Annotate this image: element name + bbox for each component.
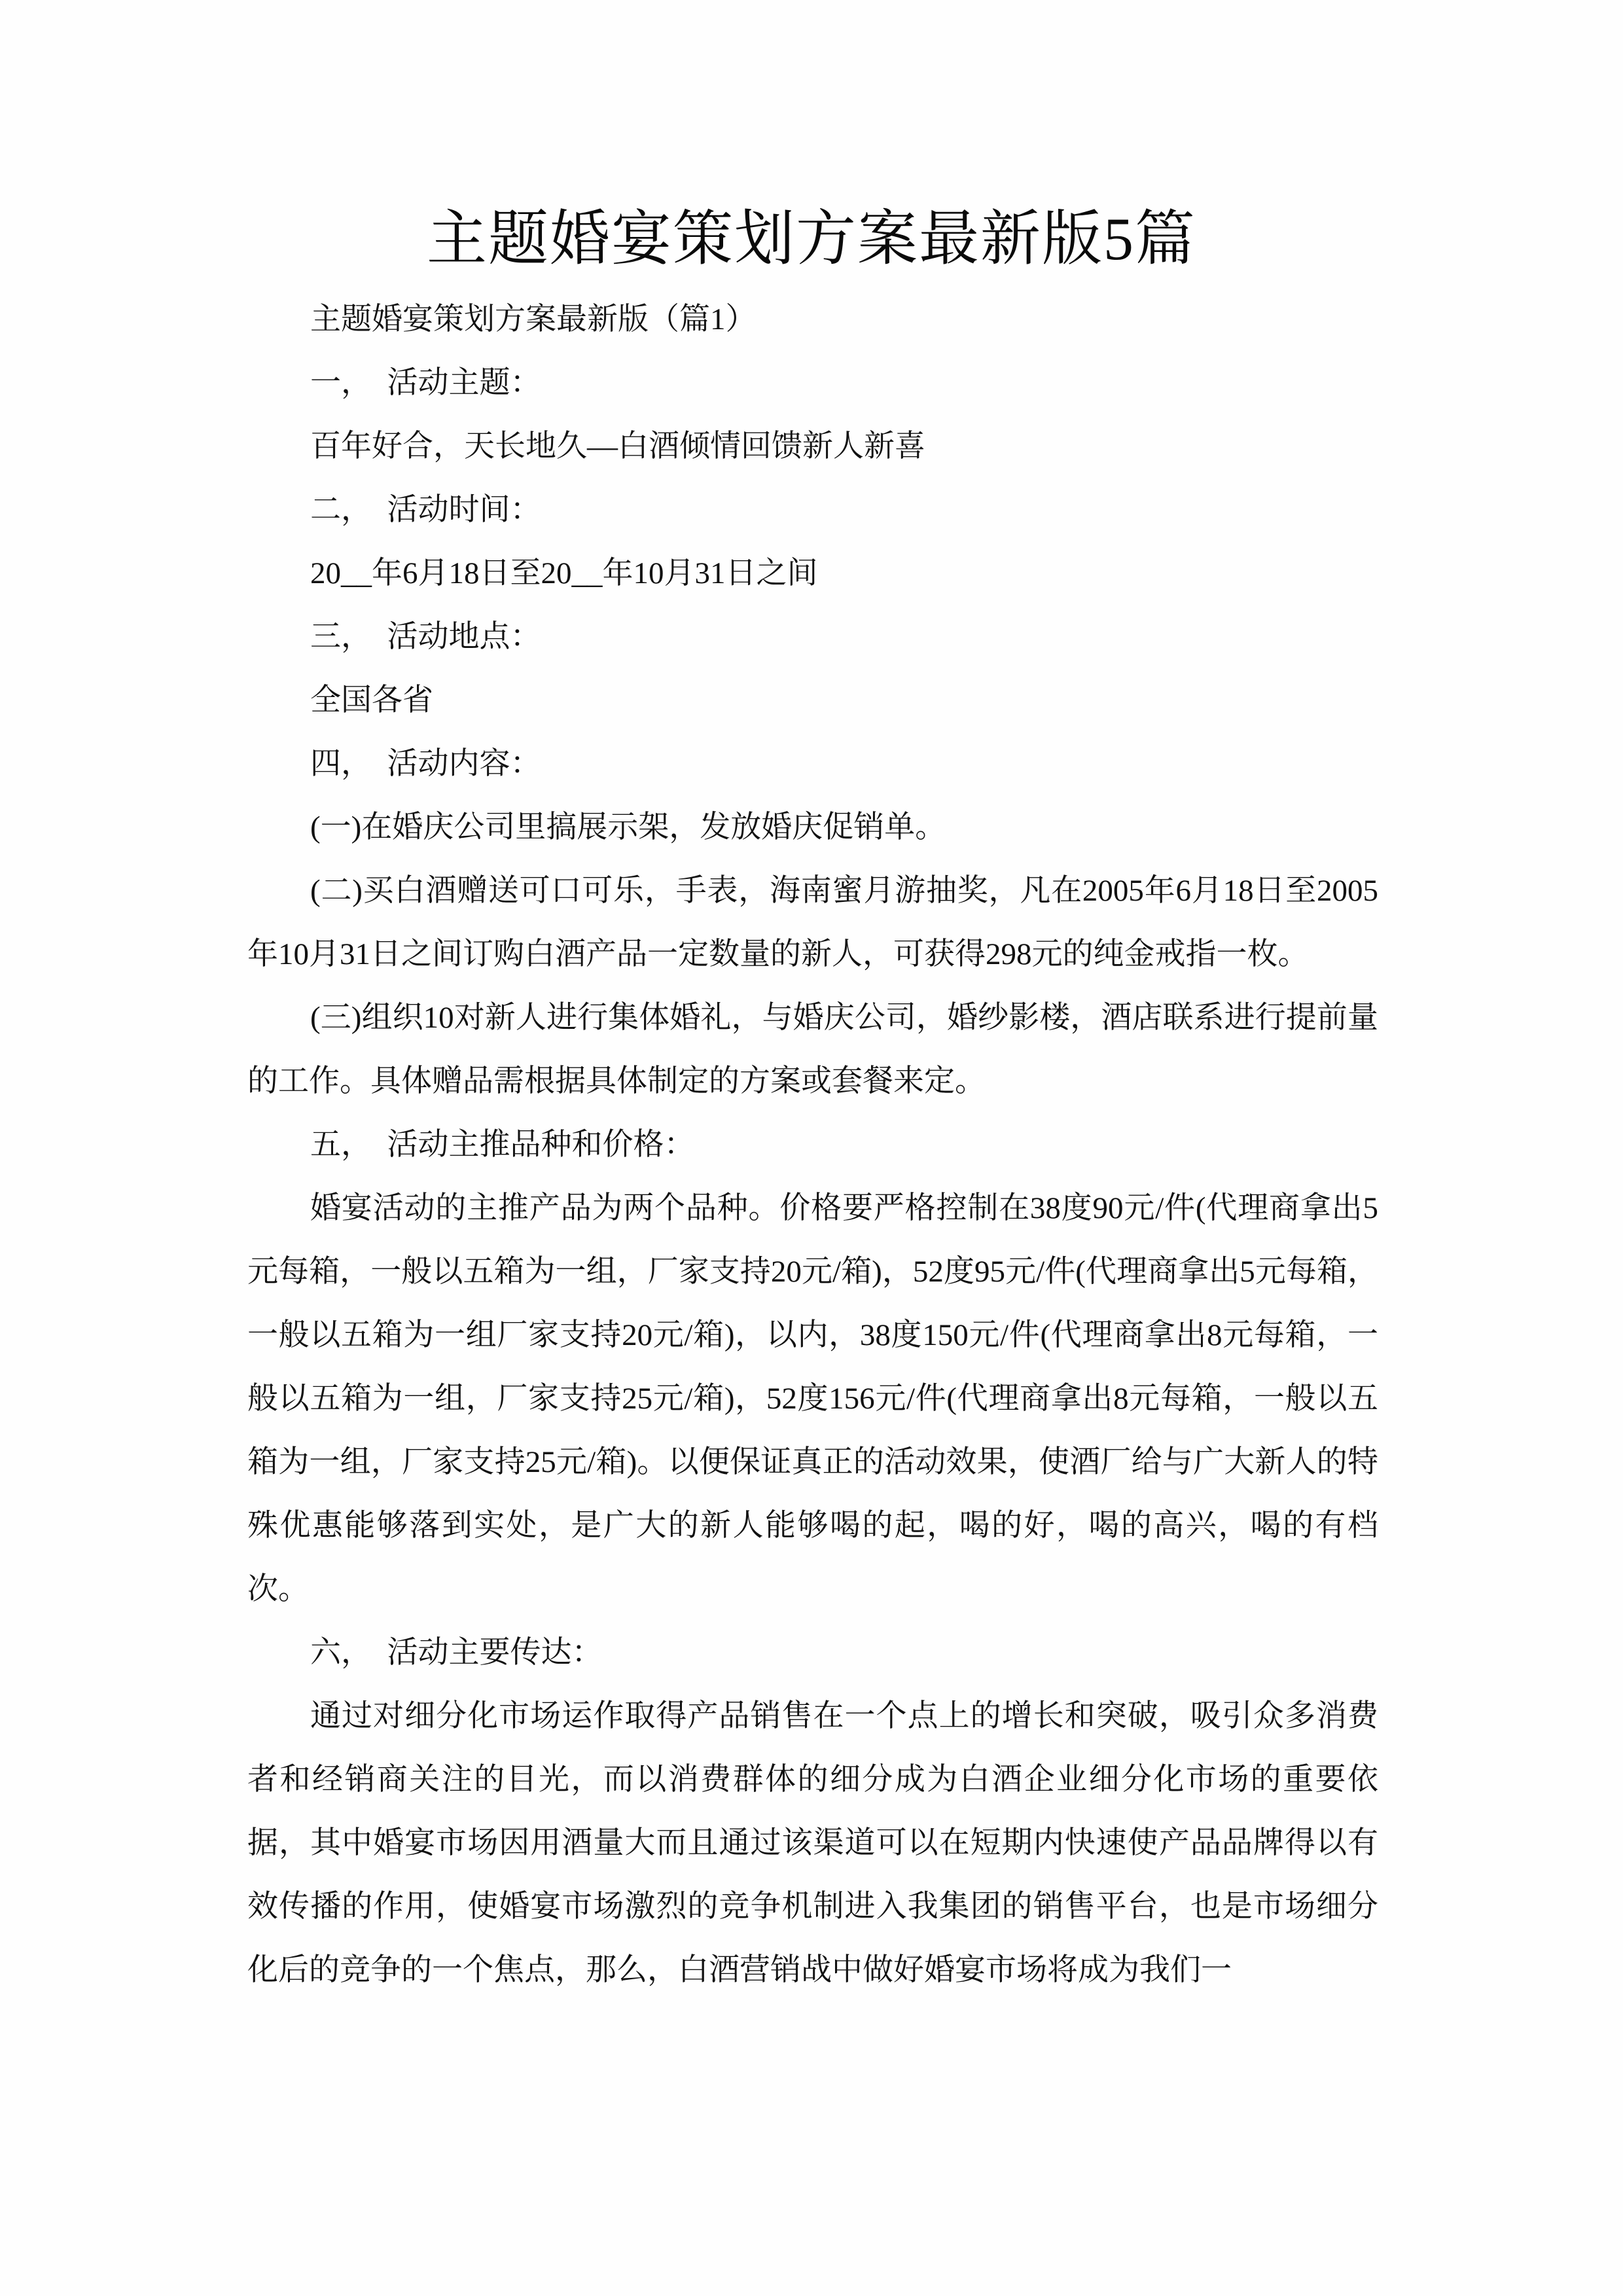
theme-text: 百年好合，天长地久—白酒倾情回馈新人新喜 bbox=[247, 415, 1378, 478]
heading-content: 四， 活动内容： bbox=[247, 732, 1378, 796]
document-page: 主题婚宴策划方案最新版5篇 主题婚宴策划方案最新版（篇1） 一， 活动主题： 百… bbox=[0, 0, 1623, 2296]
time-text: 20__年6月18日至20__年10月31日之间 bbox=[247, 542, 1378, 605]
heading-main-message: 六， 活动主要传达： bbox=[247, 1621, 1378, 1685]
heading-theme: 一， 活动主题： bbox=[247, 351, 1378, 415]
document-title: 主题婚宴策划方案最新版5篇 bbox=[0, 196, 1623, 281]
products-prices-text: 婚宴活动的主推产品为两个品种。价格要严格控制在38度90元/件(代理商拿出5元每… bbox=[247, 1177, 1378, 1621]
main-message-text: 通过对细分化市场运作取得产品销售在一个点上的增长和突破，吸引众多消费者和经销商关… bbox=[247, 1685, 1378, 2002]
section-subtitle: 主题婚宴策划方案最新版（篇1） bbox=[247, 288, 1378, 351]
content-item-2: (二)买白酒赠送可口可乐，手表，海南蜜月游抽奖，凡在2005年6月18日至200… bbox=[247, 859, 1378, 986]
location-text: 全国各省 bbox=[247, 669, 1378, 732]
content-item-1: (一)在婚庆公司里搞展示架，发放婚庆促销单。 bbox=[247, 796, 1378, 859]
heading-location: 三， 活动地点： bbox=[247, 605, 1378, 669]
document-body: 主题婚宴策划方案最新版（篇1） 一， 活动主题： 百年好合，天长地久—白酒倾情回… bbox=[247, 288, 1378, 2002]
content-item-3: (三)组织10对新人进行集体婚礼，与婚庆公司，婚纱影楼，酒店联系进行提前量的工作… bbox=[247, 986, 1378, 1113]
heading-products-prices: 五， 活动主推品种和价格： bbox=[247, 1113, 1378, 1177]
heading-time: 二， 活动时间： bbox=[247, 478, 1378, 542]
